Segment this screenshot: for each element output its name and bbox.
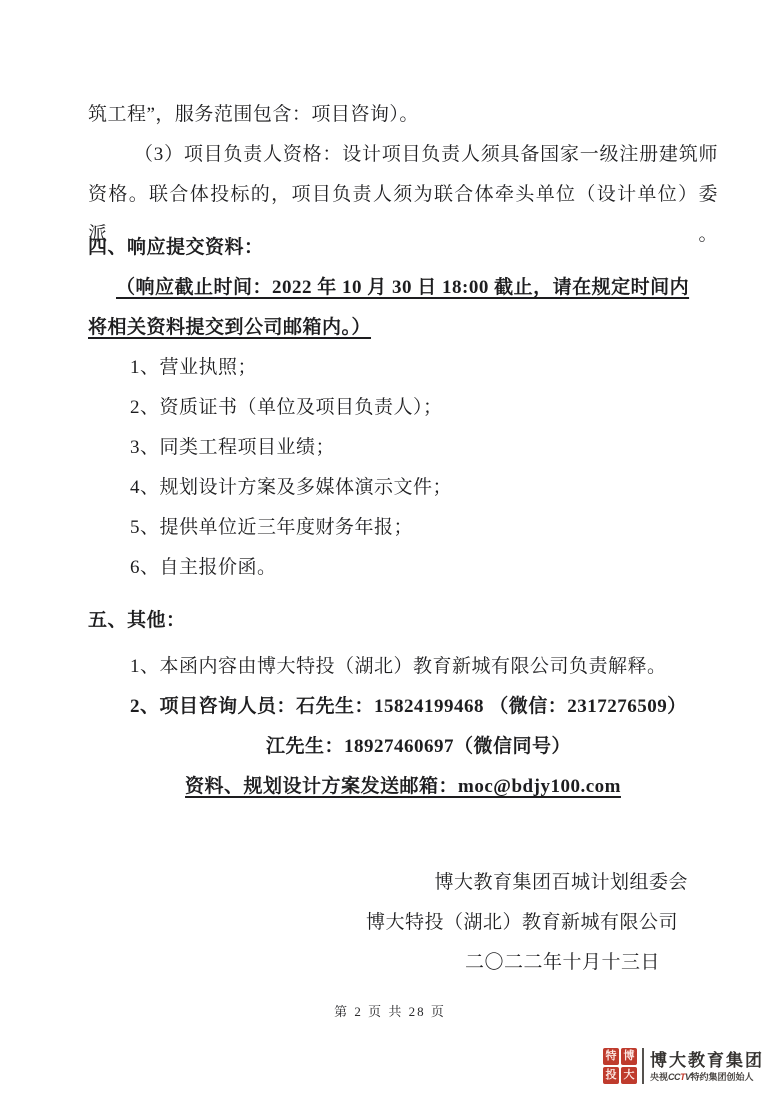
logo-subtitle-suffix: 特约集团创始人 [691,1072,754,1082]
company-seal-icon: 特 博 投 大 [603,1048,637,1084]
paragraph-continuation: 筑工程”，服务范围包含：项目咨询）。 [88,95,718,135]
list-item-business-license: 1、营业执照； [88,348,718,388]
logo-divider [642,1048,644,1084]
list-item-design-scheme: 4、规划设计方案及多媒体演示文件； [88,468,718,508]
qualification-paragraph-line1: （3）项目负责人资格：设计项目负责人须具备国家一级注册建筑师 [88,135,718,175]
submission-email-line: 资料、规划设计方案发送邮箱：moc@bdjy100.com [88,767,718,807]
list-item-quotation-letter: 6、自主报价函。 [88,548,718,588]
deadline-notice-line2: 将相关资料提交到公司邮箱内。） [88,308,718,348]
deadline-notice-line1: （响应截止时间：2022 年 10 月 30 日 18:00 截止，请在规定时间… [88,268,718,308]
section5-item-interpretation: 1、本函内容由博大特投（湖北）教育新城有限公司负责解释。 [88,647,718,687]
list-item-financial-report: 5、提供单位近三年度财务年报； [88,508,718,548]
seal-char: 大 [621,1067,637,1084]
list-item-qualification-cert: 2、资质证书（单位及项目负责人）； [88,388,718,428]
seal-char: 投 [603,1067,619,1084]
qualification-paragraph-line2: 资格。联合体投标的，项目负责人须为联合体牵头单位（设计单位）委派。 [88,175,718,215]
signature-committee: 博大教育集团百城计划组委会 [88,863,718,903]
signature-block: 博大教育集团百城计划组委会 博大特投（湖北）教育新城有限公司 二〇二二年十月十三… [88,863,718,983]
document-page: { "document": { "continuation_line": "筑工… [0,0,780,1103]
section5-heading: 五、其他： [88,601,718,641]
cctv-brand-cc: CC [668,1072,680,1082]
seal-char: 博 [621,1048,637,1065]
document-body: 筑工程”，服务范围包含：项目咨询）。 （3）项目负责人资格：设计项目负责人须具备… [88,95,718,983]
logo-title: 博大教育集团 [650,1050,764,1071]
section5-contact-line2: 江先生：18927460697（微信同号） [88,727,718,767]
signature-date: 二〇二二年十月十三日 [88,943,718,983]
seal-char: 特 [603,1048,619,1065]
logo-subtitle-prefix: 央视 [650,1072,668,1082]
company-logo: 特 博 投 大 博大教育集团 央视CCTV特约集团创始人 [603,1048,764,1084]
logo-subtitle: 央视CCTV特约集团创始人 [650,1071,764,1083]
logo-text: 博大教育集团 央视CCTV特约集团创始人 [650,1050,764,1083]
signature-company: 博大特投（湖北）教育新城有限公司 [88,903,718,943]
list-item-similar-projects: 3、同类工程项目业绩； [88,428,718,468]
page-number: 第 2 页 共 28 页 [0,998,780,1026]
section5-item-contacts: 2、项目咨询人员：石先生：15824199468 （微信：2317276509） [88,687,718,727]
